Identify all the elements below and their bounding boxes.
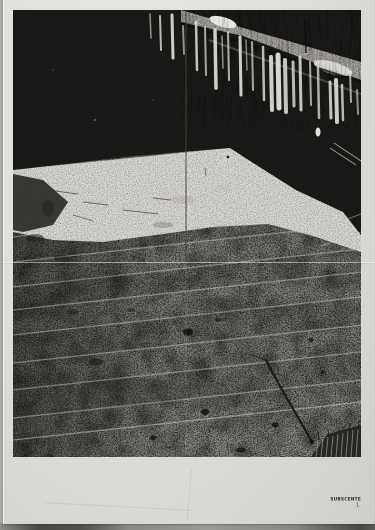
caption-page-number: 1	[319, 503, 361, 508]
print-image	[13, 10, 361, 457]
backdrop-bottom-shadow	[0, 523, 375, 530]
photogravure-print	[13, 10, 361, 457]
print-grain-overlay	[13, 10, 361, 457]
poster-paper: SUBSCENTE 1	[3, 0, 375, 524]
paper-crease	[43, 502, 193, 511]
caption-title: SUBSCENTE	[323, 497, 362, 501]
paper-crease	[187, 468, 193, 520]
photographed-poster-scene: SUBSCENTE 1	[0, 0, 375, 530]
caption-block: SUBSCENTE 1	[291, 497, 361, 511]
